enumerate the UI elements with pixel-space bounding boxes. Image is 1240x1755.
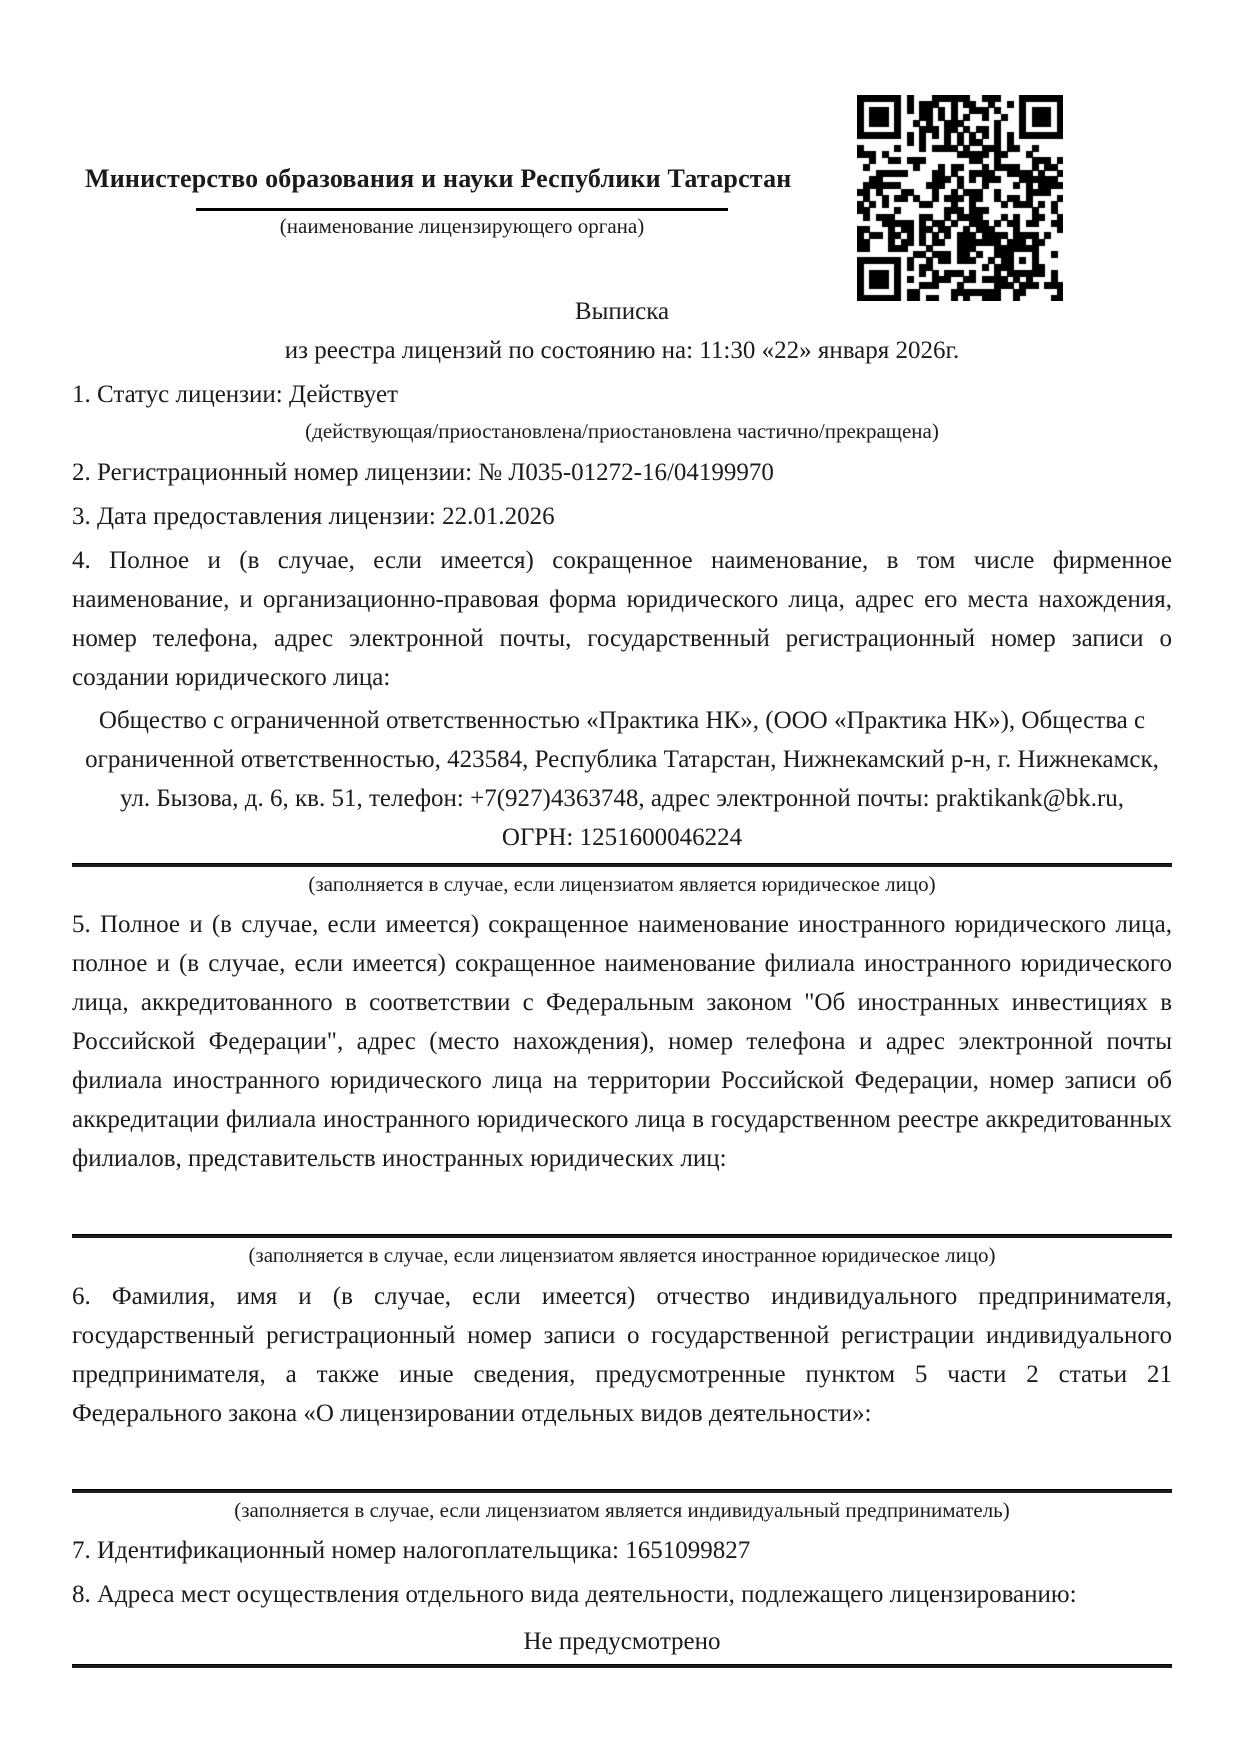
item-5-caption: (заполняется в случае, если лицензиатом … [72, 1240, 1172, 1272]
item-1-license-status: 1. Статус лицензии: Действует [72, 375, 1172, 414]
document-body: Выписка из реестра лицензий по состоянию… [72, 292, 1172, 1668]
authority-caption: (наименование лицензирующего органа) [196, 214, 728, 239]
item-4-legal-entity-heading: 4. Полное и (в случае, если имеется) сок… [72, 541, 1172, 697]
item-3-license-date: 3. Дата предоставления лицензии: 22.01.2… [72, 497, 1172, 536]
license-extract-document: { "doc": { "header": { "authority": "Мин… [0, 0, 1240, 1755]
item-6-caption: (заполняется в случае, если лицензиатом … [72, 1495, 1172, 1527]
organization-contacts-line: ул. Бызова, д. 6, кв. 51, телефон: +7(92… [72, 779, 1172, 818]
document-subtitle: из реестра лицензий по состоянию на: 11:… [72, 331, 1172, 370]
organization-name-line: Общество с ограниченной ответственностью… [72, 701, 1172, 740]
organization-address-line: ограниченной ответственностью, 423584, Р… [72, 740, 1172, 779]
item-7-taxpayer-id: 7. Идентификационный номер налогоплатель… [72, 1531, 1172, 1570]
licensing-authority-name: Министерство образования и науки Республ… [85, 164, 747, 194]
document-title: Выписка [72, 292, 1172, 331]
item-1-caption: (действующая/приостановлена/приостановле… [72, 416, 1172, 448]
qr-code [857, 95, 1063, 301]
item-4-caption: (заполняется в случае, если лицензиатом … [72, 869, 1172, 901]
separator-line-foreign-entity [72, 1234, 1172, 1238]
separator-line-legal-entity [72, 863, 1172, 867]
item-8-activity-addresses-heading: 8. Адреса мест осуществления отдельного … [72, 1575, 1172, 1614]
separator-line-bottom [72, 1664, 1172, 1668]
authority-underline [196, 208, 728, 211]
item-8-value-not-provided: Не предусмотрено [72, 1622, 1172, 1661]
item-4-organization-details: Общество с ограниченной ответственностью… [72, 701, 1172, 857]
item-2-registration-number: 2. Регистрационный номер лицензии: № Л03… [72, 453, 1172, 492]
organization-ogrn-line: ОГРН: 1251600046224 [72, 818, 1172, 857]
item-6-entrepreneur-heading: 6. Фамилия, имя и (в случае, если имеетс… [72, 1277, 1172, 1433]
item-5-foreign-entity-heading: 5. Полное и (в случае, если имеется) сок… [72, 905, 1172, 1178]
separator-line-entrepreneur [72, 1489, 1172, 1493]
